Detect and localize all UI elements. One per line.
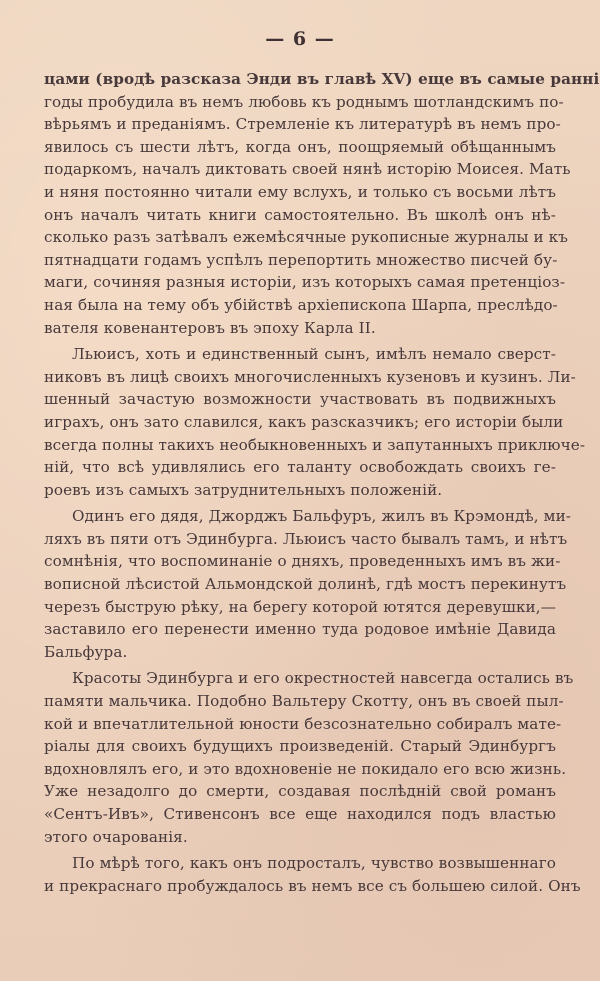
text-line: Красоты Эдинбурга и его окрестностей нав… bbox=[44, 667, 556, 690]
paragraph-2: Льюисъ, хоть и единственный сынъ, имѣлъ … bbox=[44, 343, 556, 501]
paragraph-1: цами (вродѣ разсказа Энди въ главѣ XV) е… bbox=[44, 68, 556, 339]
text-line: пятнадцати годамъ успѣлъ перепортить мно… bbox=[44, 249, 556, 272]
text-line: заставило его перенести именно туда родо… bbox=[44, 618, 556, 641]
text-line: «Сентъ-Ивъ», Стивенсонъ все еще находилс… bbox=[44, 803, 556, 826]
text-line: годы пробудила въ немъ любовь къ роднымъ… bbox=[44, 91, 556, 114]
text-line: и прекраснаго пробуждалось въ немъ все с… bbox=[44, 875, 556, 898]
text-line: онъ началъ читать книги самостоятельно. … bbox=[44, 204, 556, 227]
text-line: сомнѣнія, что воспоминаніе о дняхъ, пров… bbox=[44, 550, 556, 573]
text-line: вдохновлялъ его, и это вдохновеніе не по… bbox=[44, 758, 556, 781]
text-line: роевъ изъ самыхъ затруднительныхъ положе… bbox=[44, 479, 556, 502]
text-line: ляхъ въ пяти отъ Эдинбурга. Льюисъ часто… bbox=[44, 528, 556, 551]
text-line: Льюисъ, хоть и единственный сынъ, имѣлъ … bbox=[44, 343, 556, 366]
text-line: шенный зачастую возможности участвовать … bbox=[44, 388, 556, 411]
text-line: сколько разъ затѣвалъ ежемѣсячные рукопи… bbox=[44, 226, 556, 249]
text-line: Одинъ его дядя, Джорджъ Бальфуръ, жилъ в… bbox=[44, 505, 556, 528]
text-line: этого очарованія. bbox=[44, 826, 556, 849]
text-line: Уже незадолго до смерти, создавая послѣд… bbox=[44, 780, 556, 803]
text-line: ная была на тему объ убійствѣ архіеписко… bbox=[44, 294, 556, 317]
text-line: играхъ, онъ зато славился, какъ разсказч… bbox=[44, 411, 556, 434]
text-line: всегда полны такихъ необыкновенныхъ и за… bbox=[44, 434, 556, 457]
text-line: вописной лѣсистой Альмондской долинѣ, гд… bbox=[44, 573, 556, 596]
text-line: вѣрьямъ и преданіямъ. Стремленіе къ лите… bbox=[44, 113, 556, 136]
paragraph-5: По мѣрѣ того, какъ онъ подросталъ, чувст… bbox=[44, 852, 556, 897]
text-line: и няня постоянно читали ему вслухъ, и то… bbox=[44, 181, 556, 204]
text-line: ній, что всѣ удивлялись его таланту осво… bbox=[44, 456, 556, 479]
text-line: кой и впечатлительной юности безсознател… bbox=[44, 713, 556, 736]
paragraph-4: Красоты Эдинбурга и его окрестностей нав… bbox=[44, 667, 556, 848]
paragraph-3: Одинъ его дядя, Джорджъ Бальфуръ, жилъ в… bbox=[44, 505, 556, 663]
text-line: По мѣрѣ того, какъ онъ подросталъ, чувст… bbox=[44, 852, 556, 875]
text-line: Бальфура. bbox=[44, 641, 556, 664]
text-line: черезъ быструю рѣку, на берегу которой ю… bbox=[44, 596, 556, 619]
page-number: — 6 — bbox=[0, 28, 600, 50]
text-line: цами (вродѣ разсказа Энди въ главѣ XV) е… bbox=[44, 68, 556, 91]
text-line: никовъ въ лицѣ своихъ многочисленныхъ ку… bbox=[44, 366, 556, 389]
text-line: подаркомъ, началъ диктовать своей нянѣ и… bbox=[44, 158, 556, 181]
text-line: маги, сочиняя разныя исторіи, изъ которы… bbox=[44, 271, 556, 294]
text-line: явилось съ шести лѣтъ, когда онъ, поощря… bbox=[44, 136, 556, 159]
body-text: цами (вродѣ разсказа Энди въ главѣ XV) е… bbox=[44, 68, 556, 897]
text-line: вателя ковенантеровъ въ эпоху Карла II. bbox=[44, 317, 556, 340]
text-line: ріалы для своихъ будущихъ произведеній. … bbox=[44, 735, 556, 758]
text-line: памяти мальчика. Подобно Вальтеру Скотту… bbox=[44, 690, 556, 713]
